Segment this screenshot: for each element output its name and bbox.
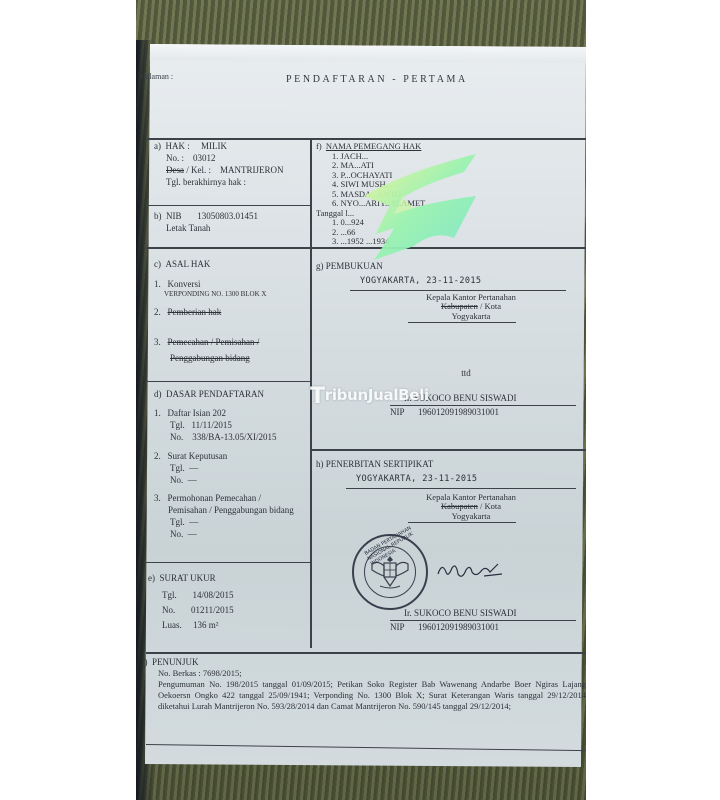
hak-label: HAK : [166,141,190,151]
section-title: ASAL HAK [166,259,211,269]
brand-initial: T [310,384,325,409]
marker: f) [316,141,322,151]
permohonan-label-2: Pemisahan / Penggabungan bidang [168,505,294,515]
no-label: No. [162,605,175,615]
official-seal: BADAN PERTANAHAN NASIONAL REPUBLIK INDON… [352,534,428,610]
marker: e) [148,573,155,583]
document-title: PENDAFTARAN - PERTAMA [286,74,468,85]
divider [146,652,586,654]
desa-label: Desa [166,165,184,175]
ttd-label: ttd [346,367,586,379]
no-value: 01211/2015 [191,605,234,615]
no-label: No. [170,432,183,442]
nib-value: 13050803.01451 [197,211,258,221]
divider [146,381,310,382]
section-penerbitan-sertipikat: h) PENERBITAN SERTIPIKAT YOGYAKARTA, 23-… [316,458,586,633]
item-num: 1. [154,279,161,289]
tgl-value: — [189,517,198,527]
kota-label: / Kota [480,301,501,311]
konversi-label: Konversi [168,279,201,289]
section-dasar-pendaftaran: d) DASAR PENDAFTARAN 1. Daftar Isian 202… [154,388,294,541]
item-num: 2. [154,451,161,461]
no-label: No. [170,475,183,485]
marker: g) [316,261,324,271]
marker: b) [154,211,162,221]
signature-icon [436,560,506,582]
office-city: Yogyakarta [356,512,586,522]
office-city: Yogyakarta [356,312,586,322]
section-asal-hak: c) ASAL HAK 1. Konversi VERPONDING NO. 1… [154,258,266,364]
hak-value: MILIK [201,141,227,151]
divider [310,449,586,451]
kabupaten-struck: Kabupaten [441,301,478,311]
paper-fold [150,44,586,63]
official-name: Ir. SUKOCO BENU SISWADI [404,608,517,618]
tgl-label: Tgl. [162,590,177,600]
kabupaten-struck: Kabupaten [441,501,478,511]
section-title: PENUNJUK [152,657,199,667]
section-title: SURAT UKUR [160,573,216,583]
place-date: YOGYAKARTA, 23-11-2015 [360,276,481,286]
nip-value: 196012091989031001 [418,407,499,417]
marker: a) [154,141,161,151]
luas-label: Luas. [162,620,182,630]
brand-name: ribunJualBeli [325,386,429,404]
item-num: 1. [154,408,161,418]
underline [408,522,516,523]
underline [350,290,566,291]
daftar-isian-label: Daftar Isian 202 [168,408,226,418]
section-nib: b) NIB 13050803.01451 Letak Tanah [154,210,258,234]
tgl-berakhir-label: Tgl. berakhirnya hak : [166,177,246,187]
place-date: YOGYAKARTA, 23-11-2015 [356,474,477,484]
penunjuk-body: Pengumuman No. 198/2015 tanggal 01/09/20… [158,679,586,712]
underline [408,322,516,323]
kel-value: MANTRIJERON [220,165,284,175]
luas-value: 136 m² [193,620,218,630]
marker: c) [154,259,161,269]
surat-keputusan-label: Surat Keputusan [168,451,228,461]
verponding-detail: VERPONDING NO. 1300 BLOK X [164,290,266,298]
section-title: PENERBITAN SERTIPIKAT [326,459,434,469]
no-label: No. : [166,153,184,163]
divider [146,562,310,563]
tgl-value: — [189,463,198,473]
letak-label: Letak Tanah [166,223,210,233]
no-value: 03012 [193,153,216,163]
item-num: 3. [154,337,161,347]
marker: h) [316,459,324,469]
tgl-label: Tgl. [170,517,185,527]
item-num: 2. [154,307,161,317]
tribunjualbeli-watermark: TribunJualBeli [310,384,429,409]
marker: d) [154,389,162,399]
penggabungan-label: Penggabungan bidang [170,353,250,363]
tanggal-lahir-label: Tanggal l... [316,208,354,218]
tgl-label: Tgl. [170,463,185,473]
section-hak: a) HAK : MILIK No. : 03012 Desa / Kel. :… [154,140,284,189]
tgl-value: 14/08/2015 [193,590,234,600]
tgl-label: Tgl. [170,420,185,430]
document-photo: Halaman : PENDAFTARAN - PERTAMA a) HAK :… [136,0,586,800]
pemberian-hak-label: Pemberian hak [168,307,222,317]
tgl-value: 11/11/2015 [192,420,232,430]
no-label: No. [170,529,183,539]
nip-label: NIP [390,622,405,632]
kel-label: / Kel. : [186,165,211,175]
divider [146,205,310,206]
no-berkas: No. Berkas : 7698/2015; [158,668,586,679]
section-penunjuk: i) PENUNJUK No. Berkas : 7698/2015; Peng… [142,656,586,712]
no-value: — [188,475,197,485]
underline [346,488,576,489]
pemecahan-label: Pemecahan / Pemisahan / [168,337,260,347]
nib-label: NIB [166,211,182,221]
section-surat-ukur: e) SURAT UKUR Tgl. 14/08/2015 No. 01211/… [148,572,234,632]
no-value: — [188,529,197,539]
permohonan-label: Permohonan Pemecahan / [168,493,261,503]
item-num: 3. [154,493,161,503]
nip-value: 196012091989031001 [418,622,499,632]
page-label: Halaman : [140,72,173,81]
z-logo-icon [354,150,484,260]
marker: i) [142,657,148,667]
kota-label: / Kota [480,501,501,511]
section-title: PEMBUKUAN [326,261,383,271]
no-value: 338/BA-13.05/XI/2015 [192,432,276,442]
section-title: DASAR PENDAFTARAN [166,389,264,399]
